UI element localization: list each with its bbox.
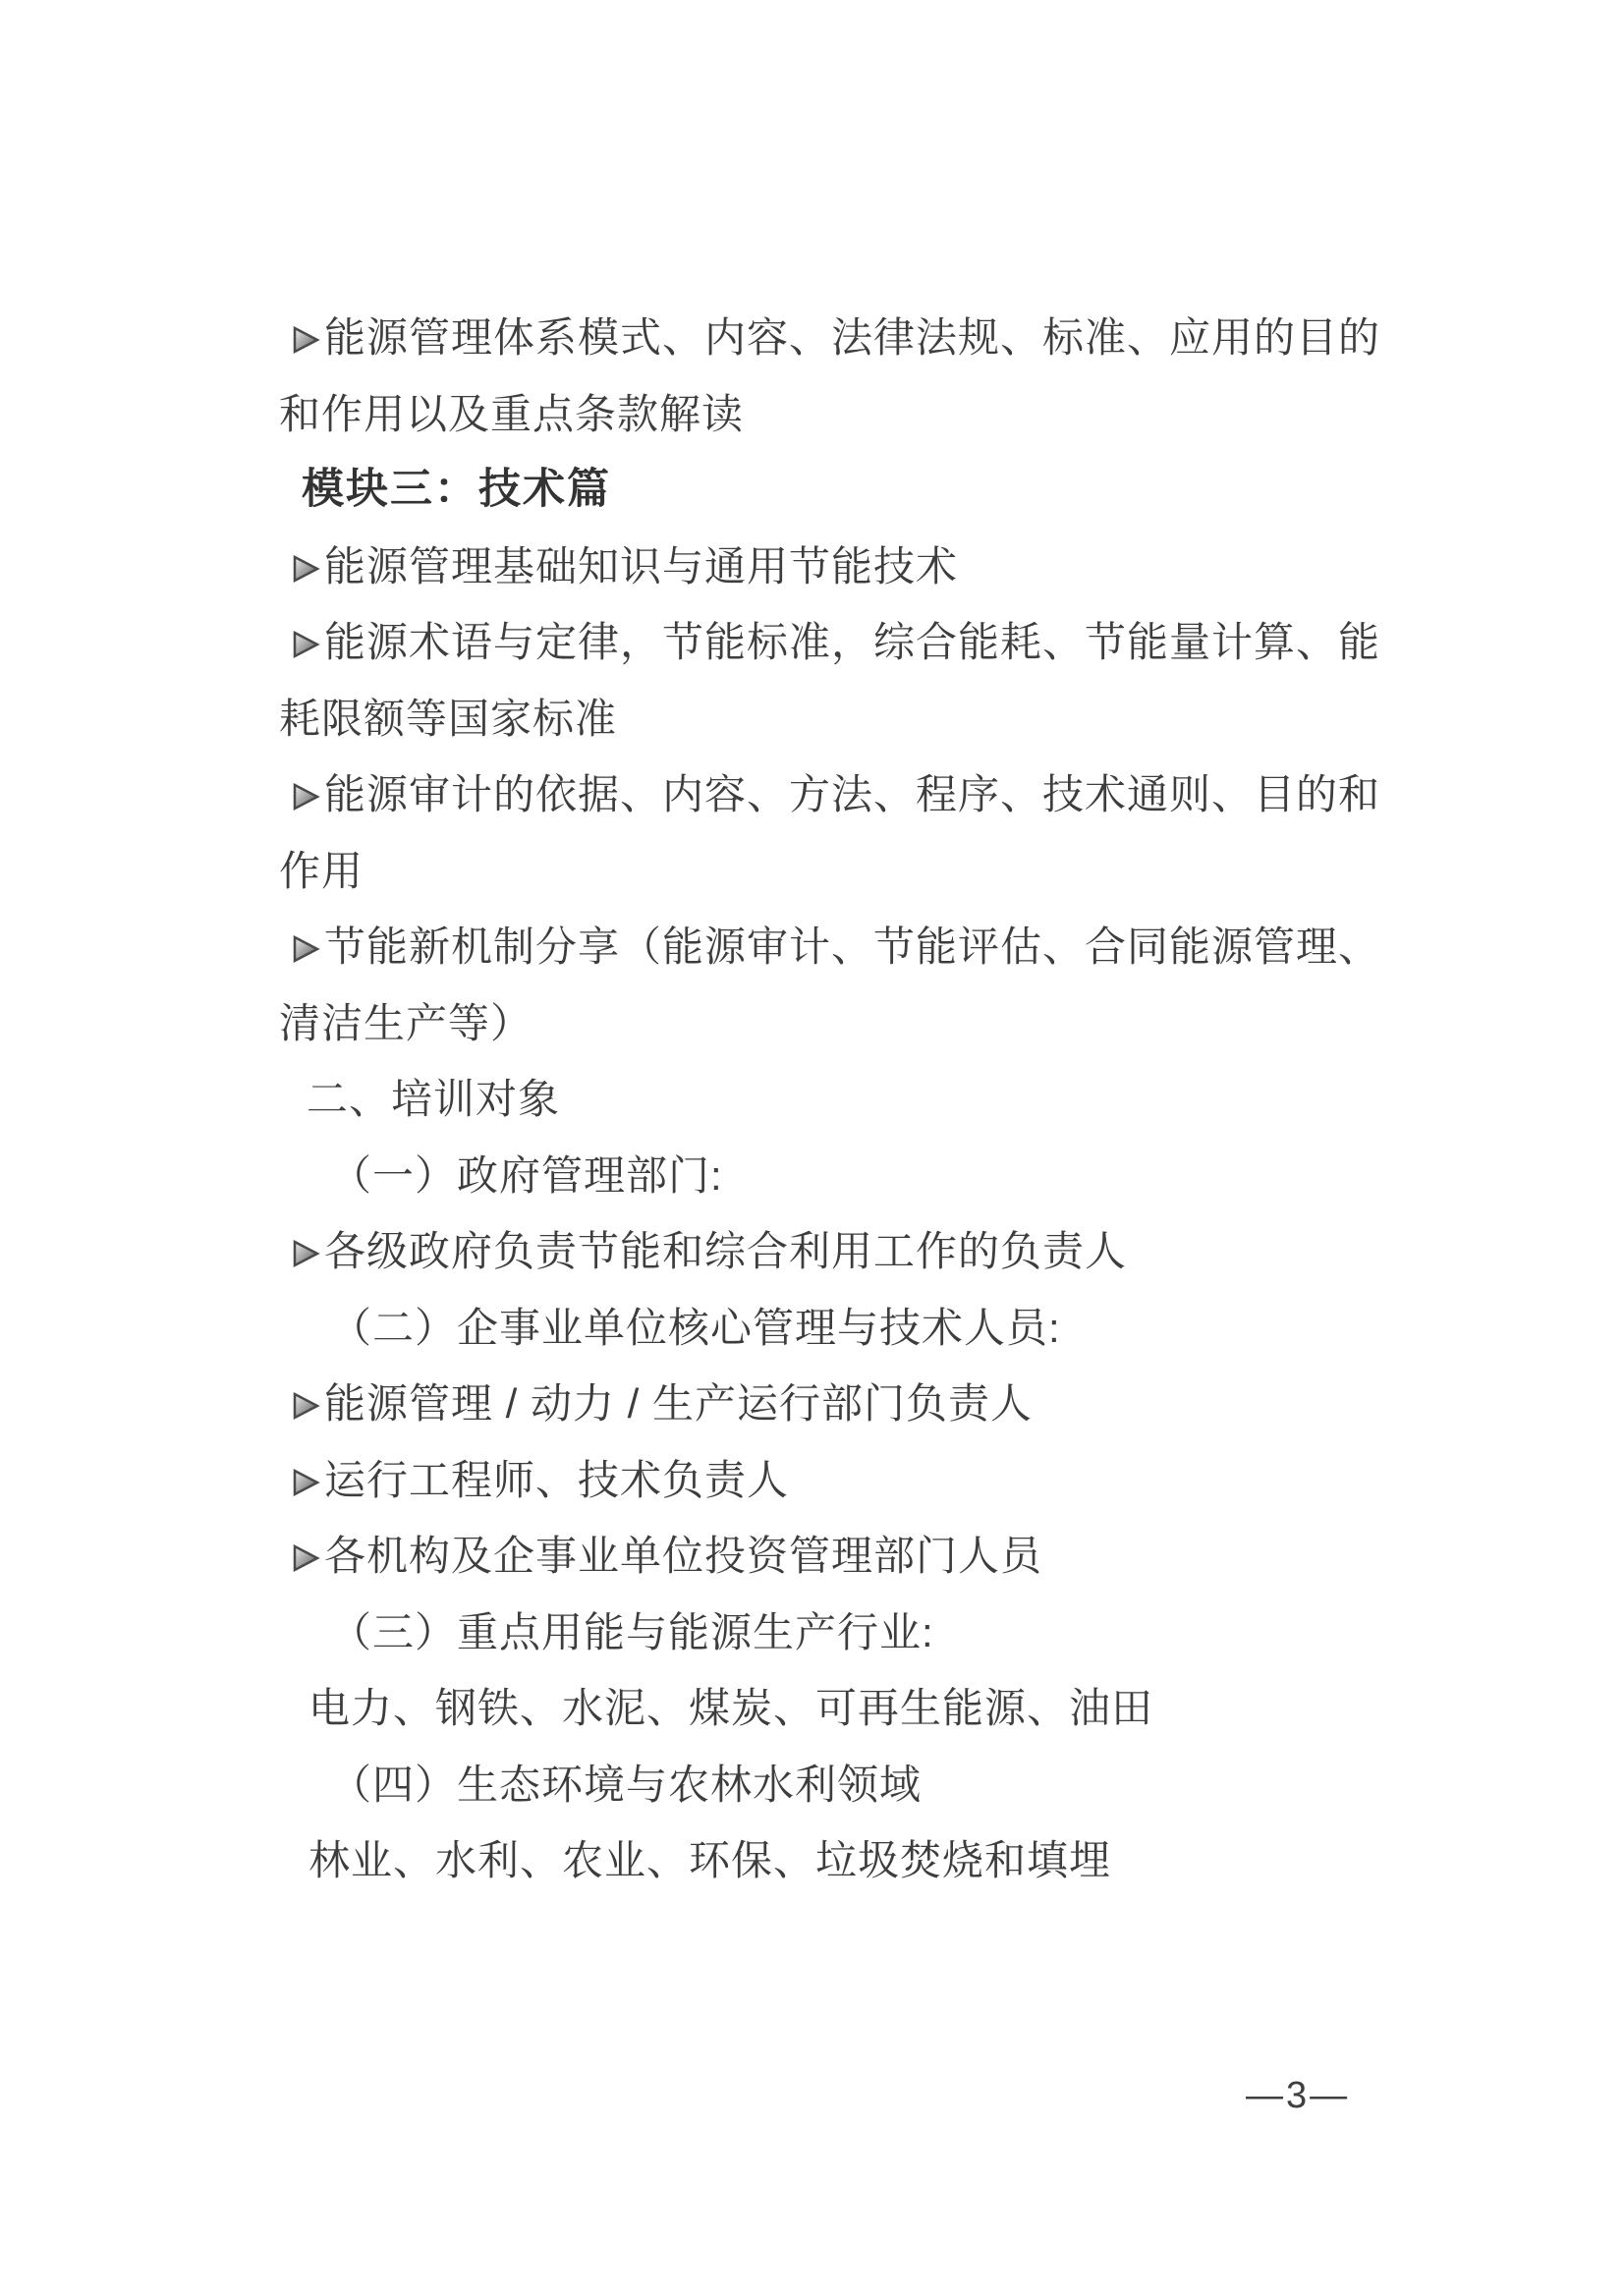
line-text: （二）企事业单位核心管理与技术人员: (330, 1305, 1061, 1351)
doc-subsection-4: （四）生态环境与农林水利领域 (0, 1747, 1624, 1823)
line-text: （三）重点用能与能源生产行业: (330, 1609, 934, 1655)
line-text: 林业、水利、农业、环保、垃圾焚烧和填埋 (308, 1837, 1111, 1883)
line-text: 各机构及企事业单位投资管理部门人员 (324, 1533, 1042, 1579)
doc-subsection-2: （二）企事业单位核心管理与技术人员: (0, 1290, 1624, 1367)
document-body: 能源管理体系模式、内容、法律法规、标准、应用的目的 和作用以及重点条款解读 模块… (0, 0, 1624, 1899)
three-d-arrowhead-right-icon (291, 1370, 320, 1401)
line-text: 模块三：技术篇 (302, 466, 611, 513)
doc-line-bullet: 能源管理体系模式、内容、法律法规、标准、应用的目的 (0, 300, 1624, 376)
three-d-arrowhead-right-icon (291, 760, 320, 792)
line-text: 二、培训对象 (307, 1076, 560, 1122)
doc-line-continuation: 和作用以及重点条款解读 (0, 376, 1624, 453)
doc-line-bullet: 各级政府负责节能和综合利用工作的负责人 (0, 1213, 1624, 1290)
three-d-arrowhead-right-icon (291, 1446, 320, 1478)
doc-heading-module3: 模块三：技术篇 (0, 452, 1624, 529)
line-text: 和作用以及重点条款解读 (279, 391, 744, 437)
line-text: 能源审计的依据、内容、方法、程序、技术通则、目的和 (324, 771, 1380, 817)
three-d-arrowhead-right-icon (291, 304, 320, 335)
line-text: 运行工程师、技术负责人 (324, 1457, 789, 1503)
line-text: 能源管理 / 动力 / 生产运行部门负责人 (324, 1380, 1033, 1427)
line-text: 电力、钢铁、水泥、煤炭、可再生能源、油田 (308, 1685, 1153, 1731)
line-text: 能源管理体系模式、内容、法律法规、标准、应用的目的 (324, 314, 1380, 361)
doc-line-bullet: 能源术语与定律，节能标准，综合能耗、节能量计算、能 (0, 604, 1624, 681)
doc-line-bullet: 能源管理 / 动力 / 生产运行部门负责人 (0, 1366, 1624, 1442)
doc-line-bullet: 能源管理基础知识与通用节能技术 (0, 529, 1624, 605)
three-d-arrowhead-right-icon (291, 608, 320, 640)
doc-line-continuation: 耗限额等国家标准 (0, 681, 1624, 757)
line-text: 能源管理基础知识与通用节能技术 (324, 543, 958, 589)
doc-line-continuation: 清洁生产等） (0, 985, 1624, 1062)
line-text: 节能新机制分享（能源审计、节能评估、合同能源管理、 (324, 924, 1380, 970)
line-text: （一）政府管理部门: (330, 1152, 723, 1199)
line-text: 耗限额等国家标准 (279, 696, 617, 742)
line-text: 清洁生产等） (279, 1000, 532, 1046)
doc-line-fields: 林业、水利、农业、环保、垃圾焚烧和填埋 (0, 1822, 1624, 1899)
doc-subsection-1: （一）政府管理部门: (0, 1138, 1624, 1214)
doc-line-bullet: 节能新机制分享（能源审计、节能评估、合同能源管理、 (0, 909, 1624, 985)
line-text: （四）生态环境与农林水利领域 (330, 1762, 922, 1808)
doc-section-training-targets: 二、培训对象 (0, 1061, 1624, 1138)
doc-line-industries: 电力、钢铁、水泥、煤炭、可再生能源、油田 (0, 1670, 1624, 1747)
doc-line-continuation: 作用 (0, 833, 1624, 910)
doc-line-bullet: 运行工程师、技术负责人 (0, 1442, 1624, 1519)
doc-line-bullet: 能源审计的依据、内容、方法、程序、技术通则、目的和 (0, 756, 1624, 833)
doc-subsection-3: （三）重点用能与能源生产行业: (0, 1595, 1624, 1671)
line-text: 各级政府负责节能和综合利用工作的负责人 (324, 1228, 1127, 1274)
page-number: —3— (1246, 2075, 1350, 2116)
line-text: 作用 (279, 848, 364, 894)
three-d-arrowhead-right-icon (291, 1217, 320, 1249)
line-text: 能源术语与定律，节能标准，综合能耗、节能量计算、能 (324, 619, 1380, 665)
three-d-arrowhead-right-icon (291, 532, 320, 564)
doc-line-bullet: 各机构及企事业单位投资管理部门人员 (0, 1518, 1624, 1595)
three-d-arrowhead-right-icon (291, 913, 320, 944)
three-d-arrowhead-right-icon (291, 1522, 320, 1553)
